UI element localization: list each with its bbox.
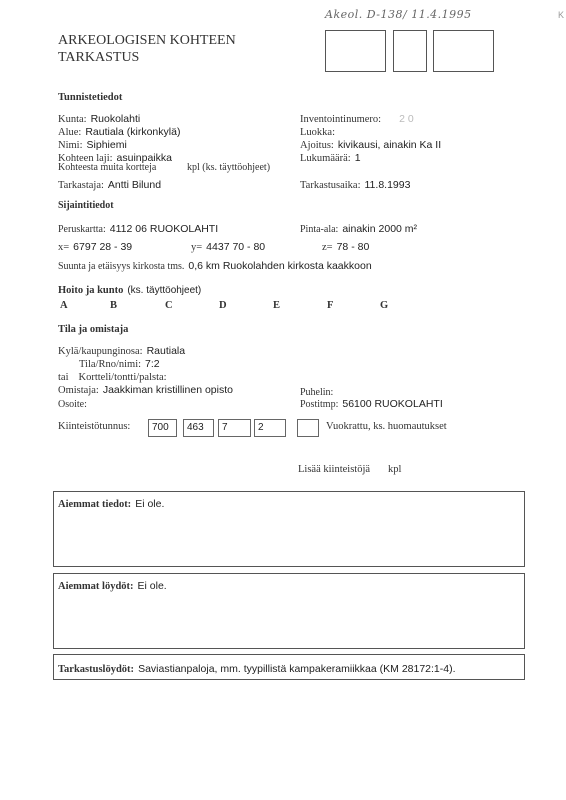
y-label: y= (191, 242, 202, 253)
document-title: ARKEOLOGISEN KOHTEEN TARKASTUS (58, 32, 236, 66)
x-coordinate-row: x= 6797 28 - 39 (58, 237, 132, 255)
title-line-1: ARKEOLOGISEN KOHTEEN (58, 32, 236, 49)
section-heading-tila: Tila ja omistaja (58, 324, 128, 335)
inventointinumero-value: 2 0 (399, 113, 414, 125)
section-heading-sijaintitiedot: Sijaintitiedot (58, 200, 114, 211)
handwritten-note: Akeol. D-138/ 11.4.1995 (325, 8, 472, 21)
z-label: z= (322, 242, 333, 253)
kiinteistotunnus-field-3[interactable]: 7 (218, 419, 251, 437)
aiemmat-tiedot-label: Aiemmat tiedot: (58, 499, 131, 510)
registry-box-2[interactable] (393, 30, 427, 72)
condition-grade-f[interactable]: F (327, 300, 333, 311)
muita-kortteja-label: Kohteesta muita kortteja (58, 162, 156, 173)
condition-grade-e[interactable]: E (273, 300, 280, 311)
x-value: 6797 28 - 39 (73, 241, 132, 253)
condition-grade-c[interactable]: C (165, 300, 173, 311)
muita-kortteja-suffix: kpl (ks. täyttöohjeet) (187, 162, 270, 173)
postitmp-row: Postitmp: 56100 RUOKOLAHTI (300, 394, 443, 412)
y-value: 4437 70 - 80 (206, 241, 265, 253)
aiemmat-loydot-value: Ei ole. (138, 580, 167, 592)
vuokrattu-label: Vuokrattu, ks. huomautukset (326, 421, 447, 432)
vuokrattu-checkbox[interactable] (297, 419, 319, 437)
aiemmat-loydot-box[interactable]: Aiemmat löydöt: Ei ole. (53, 573, 525, 649)
z-value: 78 - 80 (337, 241, 370, 253)
condition-grade-d[interactable]: D (219, 300, 227, 311)
postitmp-value: 56100 RUOKOLAHTI (342, 398, 442, 410)
kiinteistotunnus-field-4[interactable]: 2 (254, 419, 286, 437)
aiemmat-loydot-label: Aiemmat löydöt: (58, 581, 134, 592)
osoite-label: Osoite: (58, 399, 87, 410)
peruskartta-row: Peruskartta: 4112 06 RUOKOLAHTI (58, 219, 218, 237)
condition-grade-a[interactable]: A (60, 300, 68, 311)
aiemmat-tiedot-value: Ei ole. (135, 498, 164, 510)
tarkastaja-row: Tarkastaja: Antti Bilund (58, 175, 161, 193)
omistaja-value: Jaakkiman kristillinen opisto (103, 384, 233, 396)
tarkastusloydot-box[interactable]: Tarkastuslöydöt: Saviastianpaloja, mm. t… (53, 654, 525, 680)
section-heading-hoito: Hoito ja kunto (58, 285, 123, 296)
tarkastusloydot-label: Tarkastuslöydöt: (58, 664, 134, 675)
tarkastusaika-value: 11.8.1993 (365, 179, 411, 191)
registry-box-3[interactable] (433, 30, 494, 72)
lukumaara-row: Lukumäärä: 1 (300, 148, 361, 166)
peruskartta-label: Peruskartta: (58, 224, 106, 235)
corner-mark: K (558, 10, 564, 20)
pinta-ala-row: Pinta-ala: ainakin 2000 m² (300, 219, 417, 237)
x-label: x= (58, 242, 69, 253)
lukumaara-value: 1 (355, 152, 361, 164)
postitmp-label: Postitmp: (300, 399, 338, 410)
kiinteistotunnus-field-1[interactable]: 700 (148, 419, 177, 437)
aiemmat-tiedot-box[interactable]: Aiemmat tiedot: Ei ole. (53, 491, 525, 567)
hoito-heading-suffix: (ks. täyttöohjeet) (127, 285, 201, 296)
kiinteistotunnus-field-2[interactable]: 463 (183, 419, 214, 437)
lisaa-kiinteistoja-label: Lisää kiinteistöjä (298, 464, 370, 475)
suunta-value: 0,6 km Ruokolahden kirkosta kaakkoon (188, 260, 371, 272)
tarkastusaika-row: Tarkastusaika: 11.8.1993 (300, 175, 410, 193)
condition-grade-g[interactable]: G (380, 300, 388, 311)
tarkastaja-label: Tarkastaja: (58, 180, 104, 191)
osoite-row: Osoite: (58, 394, 87, 412)
peruskartta-value: 4112 06 RUOKOLAHTI (110, 223, 218, 235)
suunta-label: Suunta ja etäisyys kirkosta tms. (58, 261, 184, 272)
z-coordinate-row: z= 78 - 80 (322, 237, 369, 255)
lisaa-kiinteistoja-suffix: kpl (388, 464, 401, 475)
lisaa-kiinteistoja-row: Lisää kiinteistöjä kpl (298, 459, 401, 477)
registry-box-1[interactable] (325, 30, 386, 72)
condition-grade-b[interactable]: B (110, 300, 117, 311)
pinta-ala-label: Pinta-ala: (300, 224, 338, 235)
y-coordinate-row: y= 4437 70 - 80 (191, 237, 265, 255)
hoito-heading-row: Hoito ja kunto (ks. täyttöohjeet) (58, 280, 201, 298)
lukumaara-label: Lukumäärä: (300, 153, 351, 164)
kiinteistotunnus-label: Kiinteistötunnus: (58, 421, 130, 432)
tarkastaja-value: Antti Bilund (108, 179, 161, 191)
pinta-ala-value: ainakin 2000 m² (342, 223, 417, 235)
tarkastusaika-label: Tarkastusaika: (300, 180, 361, 191)
title-line-2: TARKASTUS (58, 49, 236, 66)
section-heading-tunnistetiedot: Tunnistetiedot (58, 92, 122, 103)
suunta-row: Suunta ja etäisyys kirkosta tms. 0,6 km … (58, 256, 372, 274)
tarkastusloydot-value: Saviastianpaloja, mm. tyypillistä kampak… (138, 663, 455, 675)
